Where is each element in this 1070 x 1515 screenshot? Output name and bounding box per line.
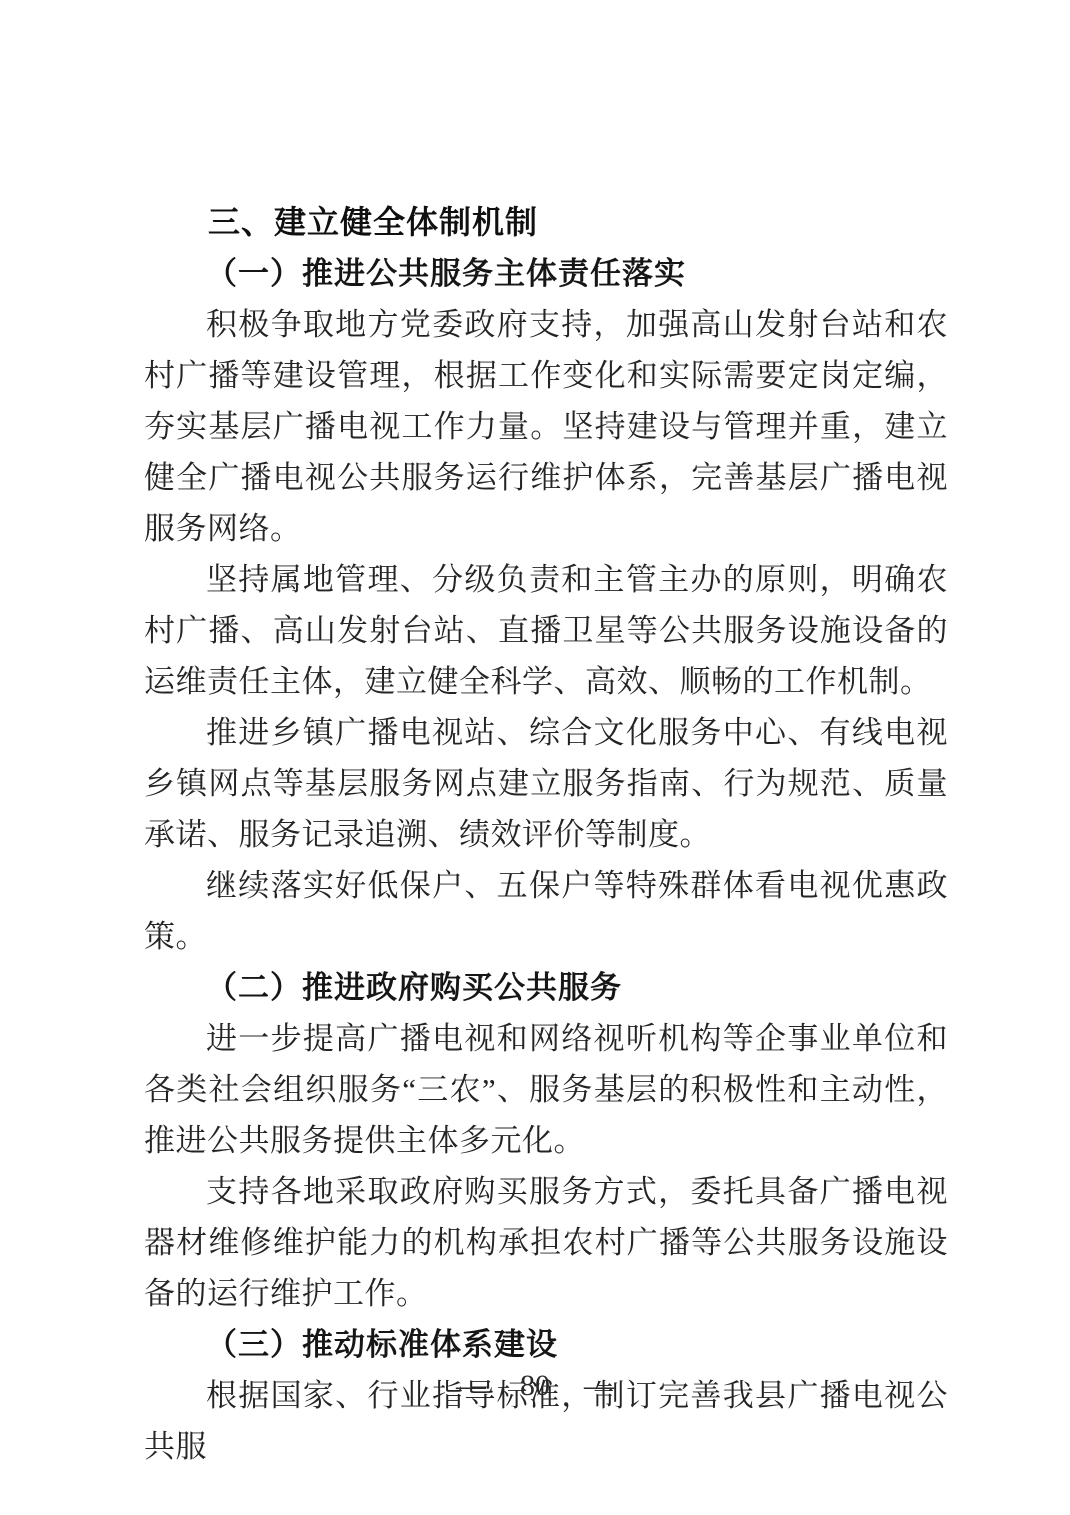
- paragraph: 支持各地采取政府购买服务方式，委托具备广播电视器材维修维护能力的机构承担农村广播…: [144, 1166, 948, 1319]
- paragraph: 坚持属地管理、分级负责和主管主办的原则，明确农村广播、高山发射台站、直播卫星等公…: [144, 554, 948, 707]
- paragraph: 继续落实好低保户、五保户等特殊群体看电视优惠政策。: [144, 860, 948, 962]
- paragraph: 积极争取地方党委政府支持，加强高山发射台站和农村广播等建设管理，根据工作变化和实…: [144, 299, 948, 554]
- section-heading: 三、建立健全体制机制: [144, 197, 948, 248]
- footer-dash-left: —: [456, 1366, 486, 1406]
- document-page: 三、建立健全体制机制 （一）推进公共服务主体责任落实 积极争取地方党委政府支持，…: [0, 0, 1070, 1515]
- page-footer: — 80 —: [0, 1366, 1070, 1406]
- document-content: 三、建立健全体制机制 （一）推进公共服务主体责任落实 积极争取地方党委政府支持，…: [144, 197, 948, 1472]
- paragraph: 进一步提高广播电视和网络视听机构等企事业单位和各类社会组织服务“三农”、服务基层…: [144, 1013, 948, 1166]
- subheading-3: （三）推动标准体系建设: [144, 1319, 948, 1370]
- footer-dash-right: —: [584, 1366, 614, 1406]
- subheading-2: （二）推进政府购买公共服务: [144, 962, 948, 1013]
- subheading-1: （一）推进公共服务主体责任落实: [144, 248, 948, 299]
- page-number: 80: [520, 1366, 550, 1406]
- paragraph: 推进乡镇广播电视站、综合文化服务中心、有线电视乡镇网点等基层服务网点建立服务指南…: [144, 707, 948, 860]
